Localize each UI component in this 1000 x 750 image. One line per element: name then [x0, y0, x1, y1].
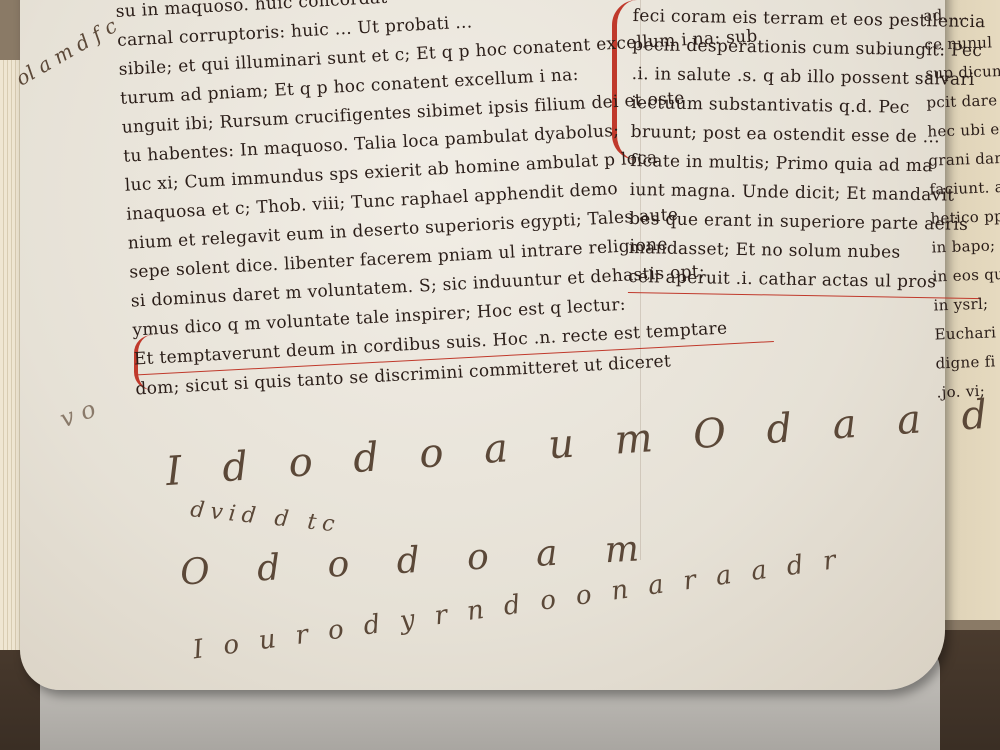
text-line: hec ubi et: [927, 114, 1000, 146]
text-line: faciunt. ad: [929, 172, 1000, 204]
text-line: digne fi: [935, 346, 1000, 378]
text-line: in ysrl;: [933, 288, 1000, 320]
text-line: ce nunul: [924, 28, 1000, 60]
text-line: grani damp: [928, 143, 1000, 175]
text-line: Euchari: [934, 317, 1000, 349]
text-line: in eos qui: [932, 259, 1000, 291]
facing-page-text: ad. ... ce nunul sup dicunt pcit dare he…: [923, 0, 1000, 407]
text-line: sup dicunt: [925, 57, 1000, 89]
text-line: pcit dare: [926, 85, 1000, 117]
text-line: in bapo;: [931, 230, 1000, 262]
text-line: celi aperuit .i. cathar actas ul pros: [628, 263, 981, 299]
text-line: hetico ppl: [930, 201, 1000, 233]
manuscript-photo: su in maquoso. huic concordat carnal cor…: [0, 0, 1000, 750]
text-line: ad. ...: [923, 0, 1000, 31]
